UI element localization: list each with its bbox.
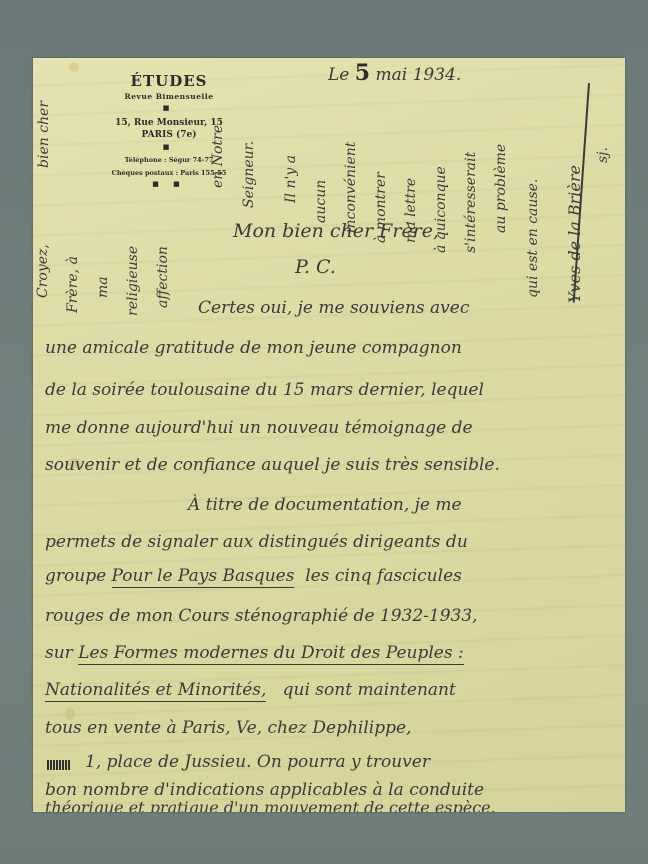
crossed-out-mark bbox=[47, 760, 71, 770]
salutation-initials: P. C. bbox=[295, 256, 336, 278]
underlined-title: Les Formes modernes du Droit des Peuples… bbox=[78, 643, 463, 665]
body-line: permets de signaler aux distingués dirig… bbox=[45, 532, 468, 552]
body-text: les cinq fascicules bbox=[305, 566, 462, 586]
letterhead-subtitle: Revue Bimensuelle bbox=[79, 92, 259, 101]
margin-note-left: bien cher bbox=[36, 101, 52, 168]
ornament-icon: ■ bbox=[79, 104, 259, 112]
margin-note-left: ma bbox=[95, 276, 111, 298]
body-line: une amicale gratitude de mon jeune compa… bbox=[45, 338, 462, 358]
body-line: théorique et pratique d'un mouvement de … bbox=[45, 798, 496, 812]
letterhead-cheques: Chèques postaux : Paris 155-55 bbox=[79, 169, 259, 177]
signature-initial: sj. bbox=[595, 147, 611, 163]
body-line: de la soirée toulousaine du 15 mars dern… bbox=[45, 380, 484, 400]
letterhead-city: PARIS (7e) bbox=[79, 130, 259, 140]
body-text: groupe bbox=[45, 566, 106, 586]
paper-stain bbox=[69, 62, 79, 72]
letter-date: Le 5 mai 1934. bbox=[328, 60, 461, 86]
margin-note-middle: qui est en cause. bbox=[525, 179, 541, 298]
letterhead-telephone: Téléphone : Ségur 74-77 bbox=[79, 156, 259, 164]
underlined-title: Nationalités et Minorités, bbox=[45, 680, 266, 702]
letterhead-title: ÉTUDES bbox=[79, 72, 259, 90]
body-line: Nationalités et Minorités, qui sont main… bbox=[45, 680, 456, 700]
margin-note-left: Croyez, bbox=[35, 244, 51, 298]
body-line: bon nombre d'indications applicables à l… bbox=[45, 780, 484, 800]
margin-note-middle: au problème bbox=[493, 144, 509, 233]
ornament-icon: ■ ■ bbox=[79, 180, 259, 188]
margin-note-left: religieuse bbox=[125, 246, 141, 316]
body-line: rouges de mon Cours sténographié de 1932… bbox=[45, 606, 478, 626]
letter-page: ÉTUDES Revue Bimensuelle ■ 15, Rue Monsi… bbox=[33, 58, 625, 812]
body-text: sur bbox=[45, 643, 73, 663]
date-prefix: Le bbox=[328, 65, 349, 85]
body-line: me donne aujourd'hui un nouveau témoigna… bbox=[45, 418, 473, 438]
date-day: 5 bbox=[355, 60, 370, 86]
margin-note-middle: s'intéresserait bbox=[463, 152, 479, 253]
body-line: Certes oui, je me souviens avec bbox=[198, 298, 469, 318]
ornament-icon: ■ bbox=[79, 143, 259, 151]
body-line: À titre de documentation, je me bbox=[188, 495, 462, 515]
letterhead-address: 15, Rue Monsieur, 15 bbox=[79, 118, 259, 128]
body-line: tous en vente à Paris, Ve, chez Dephilip… bbox=[45, 718, 411, 738]
margin-note-middle: Il n'y a bbox=[283, 155, 299, 203]
margin-note-left: Seigneur. bbox=[241, 141, 257, 208]
body-line: 1, place de Jussieu. On pourra y trouver bbox=[85, 752, 430, 772]
body-line: souvenir et de confiance auquel je suis … bbox=[45, 455, 500, 475]
body-text: qui sont maintenant bbox=[283, 680, 456, 700]
margin-note-middle: aucun bbox=[313, 180, 329, 223]
underlined-title: Pour le Pays Basques bbox=[112, 566, 295, 588]
margin-note-left: Frère, à bbox=[65, 256, 81, 313]
margin-note-left: en Notre bbox=[210, 125, 226, 188]
body-line: sur Les Formes modernes du Droit des Peu… bbox=[45, 643, 464, 663]
body-line: groupe Pour le Pays Basques les cinq fas… bbox=[45, 566, 462, 586]
date-rest: mai 1934. bbox=[375, 65, 461, 85]
margin-note-left: affection bbox=[155, 246, 171, 308]
salutation-line: Mon bien cher Frère, bbox=[233, 220, 439, 242]
letterhead: ÉTUDES Revue Bimensuelle ■ 15, Rue Monsi… bbox=[79, 72, 259, 188]
